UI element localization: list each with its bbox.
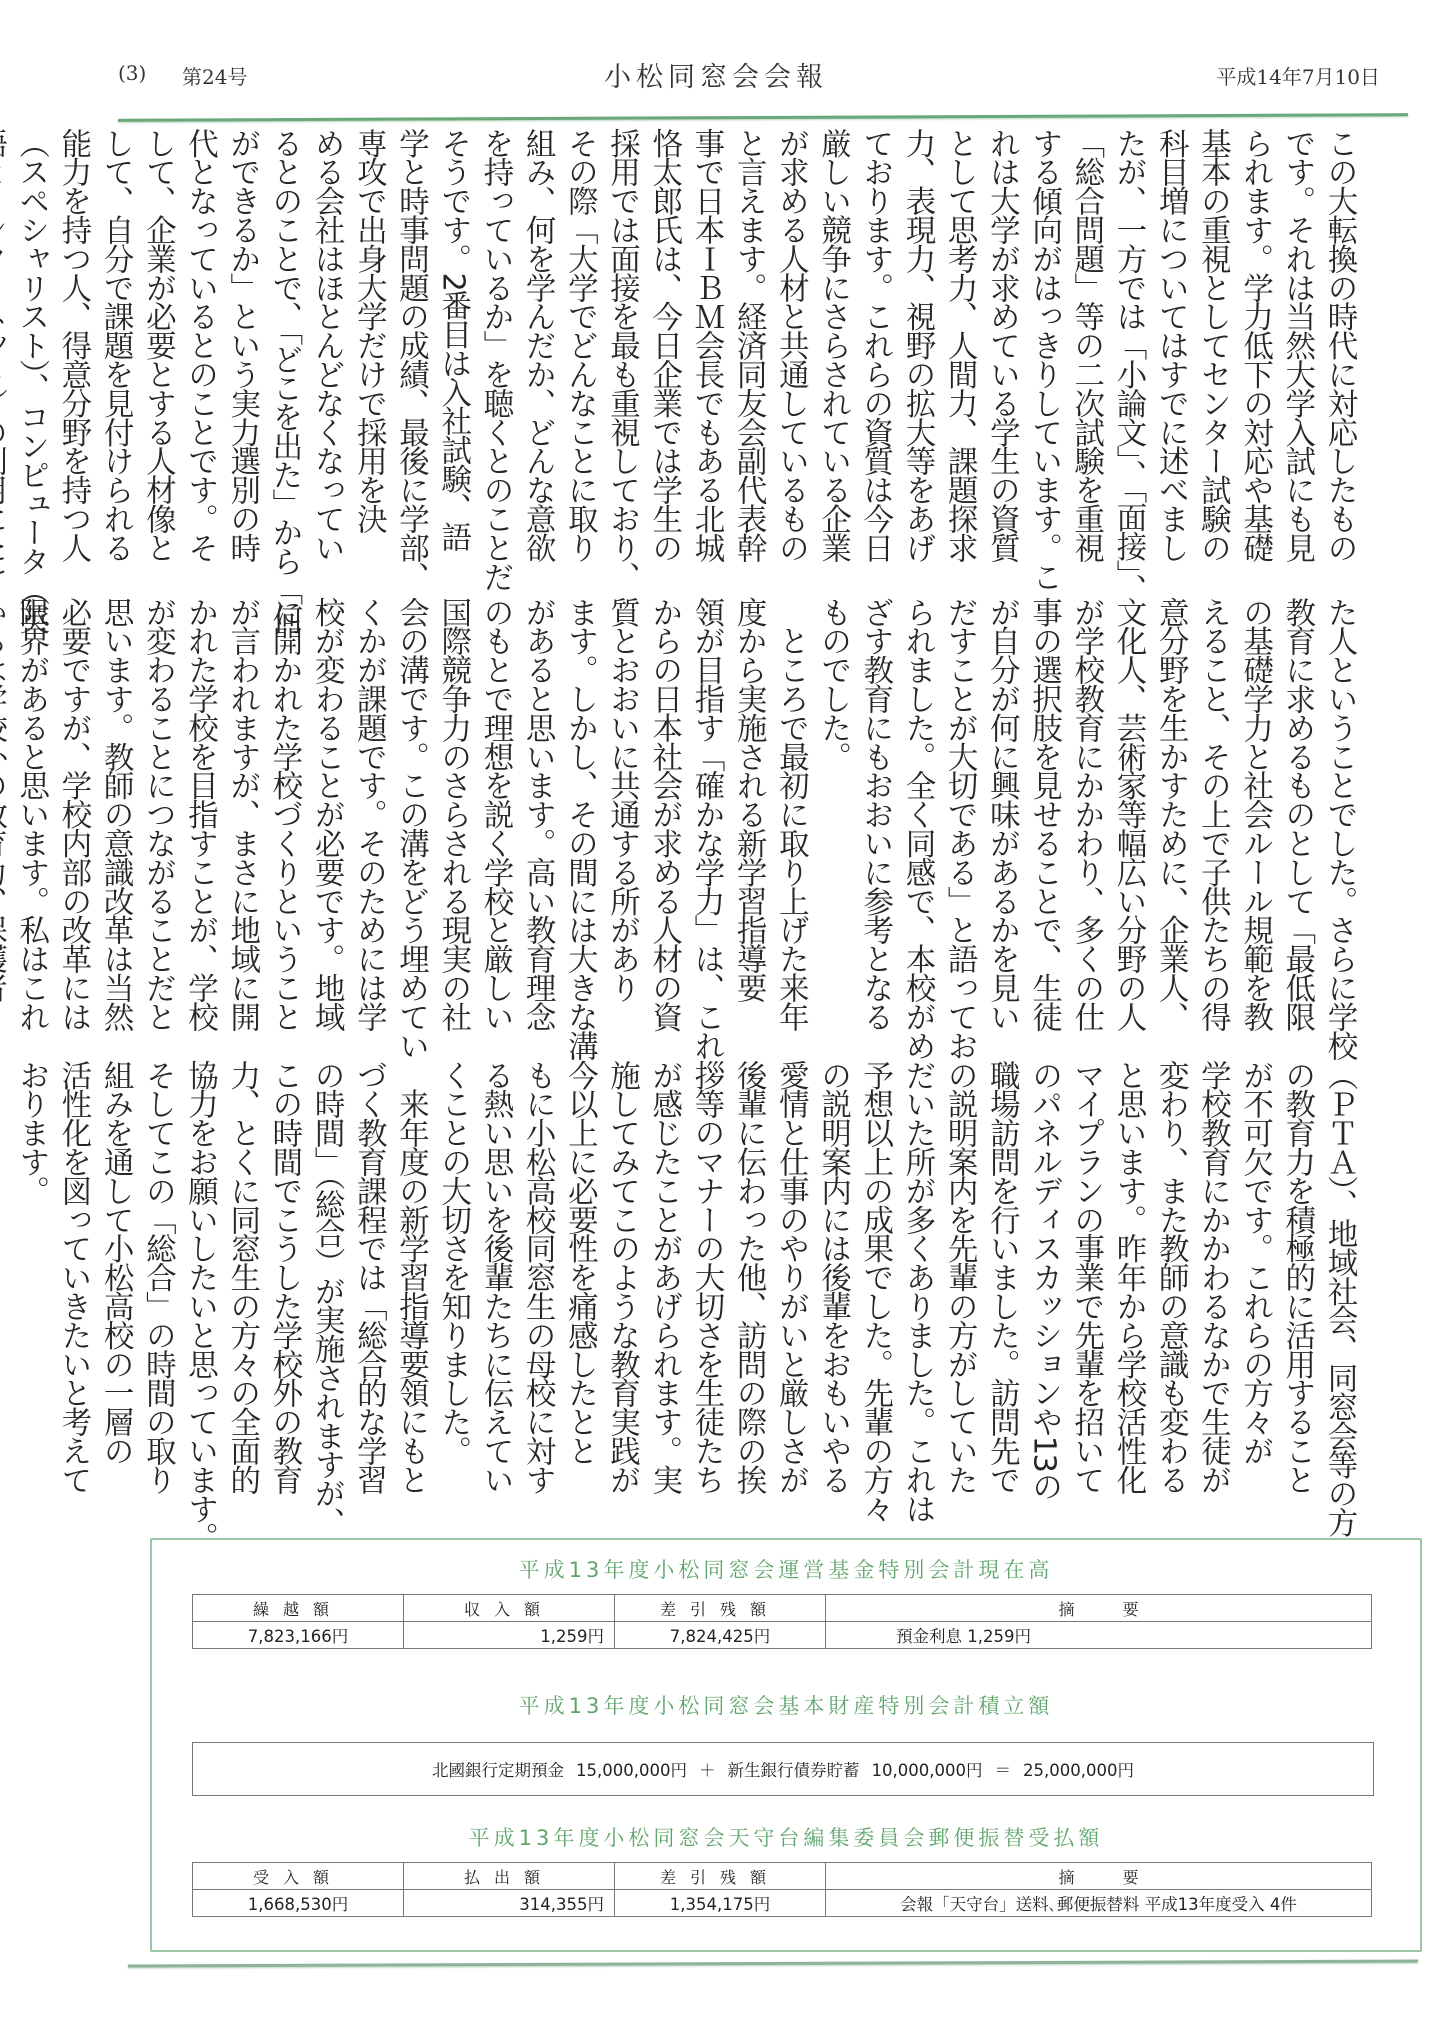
cell-memo: 預金利息 1,259円 [826,1622,1372,1649]
footer-divider [128,1960,1418,1968]
total-amount: 25,000,000円 [1023,1757,1134,1781]
page-header: (3) 第24号 小松同窓会会報 平成14年7月10日 [0,55,1432,95]
cell-income: 1,259円 [404,1622,615,1649]
deposit-1-amount: 15,000,000円 [576,1757,687,1781]
article-tier-1: この大転換の時代に対応したもの です。それは当然大学入試にも見 られます。学力低… [98,128,1360,568]
header-received: 受入額 [193,1863,404,1890]
header-balance: 差引残額 [615,1595,826,1622]
cell-balance: 1,354,175円 [615,1890,826,1917]
cell-received: 1,668,530円 [193,1890,404,1917]
header-carryover: 繰越額 [193,1595,404,1622]
deposit-1-label: 北國銀行定期預金 [432,1757,564,1781]
header-paid: 払出額 [404,1863,615,1890]
basic-property-title: 平成13年度小松同窓会基本財産特別会計積立額 [152,1690,1420,1720]
cell-memo: 会報「天守台」送料､郵便振替料 平成13年度受入 4件 [826,1890,1372,1917]
deposit-2-label: 新生銀行債券貯蓄 [728,1757,860,1781]
postal-transfer-table: 受入額 払出額 差引残額 摘 要 1,668,530円 314,355円 1,3… [192,1862,1372,1917]
table-row: 7,823,166円 1,259円 7,824,425円 預金利息 1,259円 [193,1622,1372,1649]
header-income: 収入額 [404,1595,615,1622]
cell-paid: 314,355円 [404,1890,615,1917]
article-text: （ＰＴＡ）、地域社会、同窓会等の方々 の教育力を積極的に活用すること が不可欠で… [98,1060,1360,1500]
deposit-2-amount: 10,000,000円 [872,1757,983,1781]
article-tier-3: （ＰＴＡ）、地域社会、同窓会等の方々 の教育力を積極的に活用すること が不可欠で… [98,1060,1360,1500]
article-text: この大転換の時代に対応したもの です。それは当然大学入試にも見 られます。学力低… [98,128,1360,568]
article-tier-2: た人ということでした。さらに学校 教育に求めるものとして「最低限 の基礎学力と社… [98,597,1360,1037]
table-header-row: 繰越額 収入額 差引残額 摘 要 [193,1595,1372,1622]
publication-date: 平成14年7月10日 [1216,61,1380,90]
header-memo: 摘 要 [826,1863,1372,1890]
operating-fund-table: 繰越額 収入額 差引残額 摘 要 7,823,166円 1,259円 7,824… [192,1594,1372,1649]
table-header-row: 受入額 払出額 差引残額 摘 要 [193,1863,1372,1890]
plus-sign: ＋ [699,1757,716,1781]
operating-fund-title: 平成13年度小松同窓会運営基金特別会計現在高 [152,1554,1420,1584]
header-memo: 摘 要 [826,1595,1372,1622]
basic-property-summary: 北國銀行定期預金 15,000,000円 ＋ 新生銀行債券貯蓄 10,000,0… [192,1742,1374,1796]
finance-report-box: 平成13年度小松同窓会運営基金特別会計現在高 繰越額 収入額 差引残額 摘 要 … [150,1538,1422,1952]
header-divider [118,113,1408,122]
table-row: 1,668,530円 314,355円 1,354,175円 会報「天守台」送料… [193,1890,1372,1917]
equals-sign: ＝ [994,1757,1011,1781]
header-balance: 差引残額 [615,1863,826,1890]
cell-balance: 7,824,425円 [615,1622,826,1649]
postal-transfer-title: 平成13年度小松同窓会天守台編集委員会郵便振替受払額 [152,1822,1420,1852]
cell-carryover: 7,823,166円 [193,1622,404,1649]
article-text: た人ということでした。さらに学校 教育に求めるものとして「最低限 の基礎学力と社… [98,597,1360,1037]
